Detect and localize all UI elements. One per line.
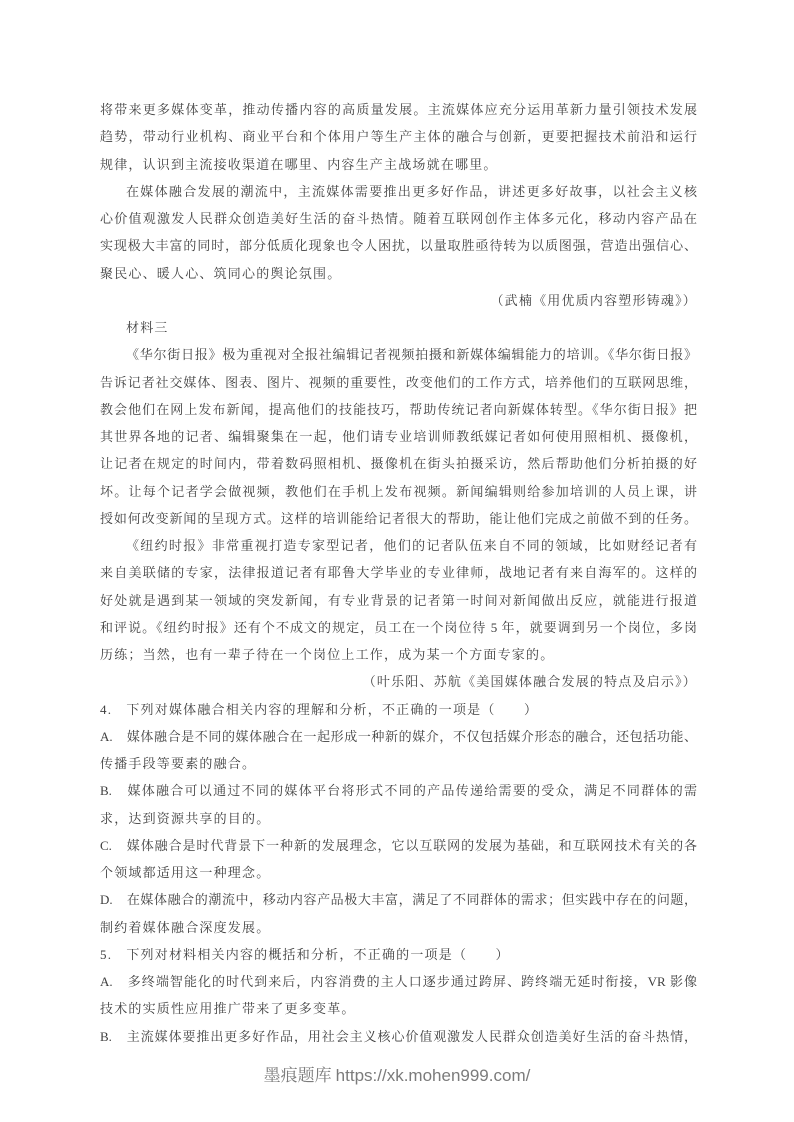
- footer-site-url: https://xk.mohen999.com/: [334, 1066, 533, 1085]
- material-3-para-1-line-3: 教会他们在网上发布新闻，提高他们的技能技巧，帮助传统记者向新媒体转型。《华尔街日…: [100, 396, 697, 423]
- question-4-option-a-line-2: 传播手段等要素的融合。: [100, 750, 697, 777]
- material-3-para-1-line-1: 《华尔街日报》极为重视对全报社编辑记者视频拍摄和新媒体编辑能力的培训。《华尔街日…: [100, 341, 697, 368]
- material-3-para-2-line-1: 《纽约时报》非常重视打造专家型记者，他们的记者队伍来自不同的领域，比如财经记者有: [100, 532, 697, 559]
- question-4-option-d-line-1: D. 在媒体融合的潮流中，移动内容产品极大丰富，满足了不同群体的需求；但实践中存…: [100, 886, 697, 913]
- material-2-para-2-line-4: 聚民心、暖人心、筑同心的舆论氛围。: [100, 260, 697, 287]
- material-3-citation: （叶乐阳、苏航《美国媒体融合发展的特点及启示》）: [100, 668, 697, 695]
- material-3-para-1-line-4: 其世界各地的记者、编辑聚集在一起，他们请专业培训师教纸媒记者如何使用照相机、摄像…: [100, 423, 697, 450]
- question-4-option-c-line-2: 个领域都适用这一种理念。: [100, 859, 697, 886]
- material-2-para-2-line-3: 实现极大丰富的同时，部分低质化现象也令人困扰，以量取胜亟待转为以质图强，营造出强…: [100, 232, 697, 259]
- material-2-para-1-line-2: 趋势，带动行业机构、商业平台和个体用户等生产主体的融合与创新，更要把握技术前沿和…: [100, 123, 697, 150]
- material-3-para-1-line-2: 告诉记者社交媒体、图表、图片、视频的重要性，改变他们的工作方式，培养他们的互联网…: [100, 369, 697, 396]
- material-3-para-2-line-3: 好处就是遇到某一领域的突发新闻，有专业背景的记者第一时间对新闻做出反应，就能进行…: [100, 587, 697, 614]
- content-area: 将带来更多媒体变革，推动传播内容的高质量发展。主流媒体应充分运用革新力量引领技术…: [100, 96, 697, 1050]
- question-4-option-d-line-2: 制约着媒体融合深度发展。: [100, 914, 697, 941]
- material-3-para-2-line-4: 和评说。《纽约时报》还有个不成文的规定，员工在一个岗位待 5 年，就要调到另一个…: [100, 614, 697, 641]
- question-5-stem: 5. 下列对材料相关内容的概括和分析，不正确的一项是（ ）: [100, 941, 697, 968]
- exam-paper-page: 将带来更多媒体变革，推动传播内容的高质量发展。主流媒体应充分运用革新力量引领技术…: [0, 0, 794, 1122]
- footer: 墨痕题库https://xk.mohen999.com/: [0, 1064, 794, 1088]
- material-3-para-1-line-7: 授如何改变新闻的呈现方式。这样的培训能给记者很大的帮助，能让他们完成之前做不到的…: [100, 505, 697, 532]
- question-5-option-a-line-1: A. 多终端智能化的时代到来后，内容消费的主人口逐步通过跨屏、跨终端无延时衔接，…: [100, 968, 697, 995]
- material-2-para-2-line-2: 心价值观激发人民群众创造美好生活的奋斗热情。随着互联网创作主体多元化，移动内容产…: [100, 205, 697, 232]
- question-4-option-a-line-1: A. 媒体融合是不同的媒体融合在一起形成一种新的媒介，不仅包括媒介形态的融合，还…: [100, 723, 697, 750]
- question-4-option-b-line-2: 求，达到资源共享的目的。: [100, 805, 697, 832]
- question-4-stem: 4. 下列对媒体融合相关内容的理解和分析，不正确的一项是（ ）: [100, 696, 697, 723]
- question-5-option-a-line-2: 技术的实质性应用推广带来了更多变革。: [100, 995, 697, 1022]
- material-2-citation: （武楠《用优质内容塑形铸魂》）: [100, 287, 697, 314]
- material-3-para-2-line-5: 历练；当然，也有一辈子待在一个岗位上工作，成为某一个方面专家的。: [100, 641, 697, 668]
- question-5-option-b-line-1: B. 主流媒体要推出更多好作品，用社会主义核心价值观激发人民群众创造美好生活的奋…: [100, 1023, 697, 1050]
- material-3-para-1-line-5: 让记者在规定的时间内，带着数码照相机、摄像机在街头拍摄采访，然后帮助他们分析拍摄…: [100, 450, 697, 477]
- material-2-para-1-line-3: 规律，认识到主流接收渠道在哪里、内容生产主战场就在哪里。: [100, 151, 697, 178]
- material-2-para-1-line-1: 将带来更多媒体变革，推动传播内容的高质量发展。主流媒体应充分运用革新力量引领技术…: [100, 96, 697, 123]
- material-2-para-2-line-1: 在媒体融合发展的潮流中，主流媒体需要推出更多好作品，讲述更多好故事，以社会主义核: [100, 178, 697, 205]
- question-4-option-b-line-1: B. 媒体融合可以通过不同的媒体平台将形式不同的产品传递给需要的受众，满足不同群…: [100, 777, 697, 804]
- question-4-option-c-line-1: C. 媒体融合是时代背景下一种新的发展理念，它以互联网的发展为基础，和互联网技术…: [100, 832, 697, 859]
- material-3-para-1-line-6: 坏。让每个记者学会做视频，教他们在手机上发布视频。新闻编辑则给参加培训的人员上课…: [100, 478, 697, 505]
- material-3-para-2-line-2: 来自美联储的专家，法律报道记者有耶鲁大学毕业的专业律师，战地记者有来自海军的。这…: [100, 559, 697, 586]
- footer-site-name: 墨痕题库: [262, 1066, 334, 1085]
- material-3-heading: 材料三: [100, 314, 697, 341]
